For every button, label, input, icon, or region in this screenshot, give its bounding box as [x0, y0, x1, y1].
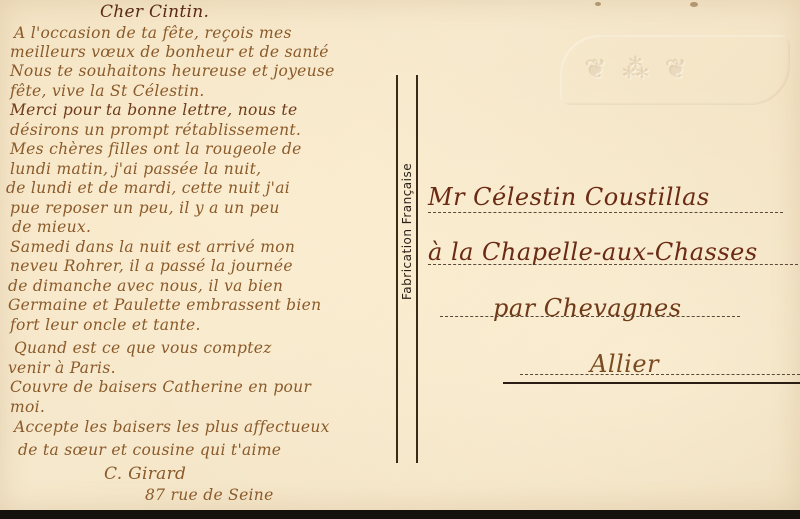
embossed-publisher-mark: ❦ ⁂ ❦ [585, 55, 691, 85]
stain [690, 2, 698, 7]
address-rule-bottom [503, 382, 800, 384]
letter-line: Merci pour ta bonne lettre, nous te [10, 103, 297, 119]
letter-line: Accepte les baisers les plus affectueux [14, 420, 330, 436]
address-line-recipient: Mr Célestin Coustillas [428, 185, 710, 209]
letter-salutation: Cher Cintin. [100, 4, 209, 21]
letter-line: fête, vive la St Célestin. [10, 84, 205, 100]
letter-line: lundi matin, j'ai passée la nuit, [10, 162, 261, 178]
letter-line: fort leur oncle et tante. [10, 318, 201, 334]
letter-line: meilleurs vœux de bonheur et de santé [10, 45, 329, 61]
address-rule [440, 316, 740, 317]
letter-line: moi. [10, 400, 45, 416]
letter-line: pue reposer un peu, il y a un peu [10, 201, 280, 217]
letter-line: neveu Rohrer, il a passé la journée [10, 259, 293, 275]
letter-line: Germaine et Paulette embrassent bien [8, 298, 321, 314]
letter-line: Samedi dans la nuit est arrivé mon [10, 240, 295, 256]
letter-line: Couvre de baisers Catherine en pour [10, 380, 311, 396]
letter-line: désirons un prompt rétablissement. [10, 123, 301, 139]
address-rule [428, 212, 783, 213]
stain [595, 2, 601, 6]
divider-line-right [416, 75, 418, 463]
letter-line: de ta sœur et cousine qui t'aime [18, 443, 281, 459]
letter-line: Nous te souhaitons heureuse et joyeuse [10, 64, 335, 80]
letter-line: A l'occasion de ta fête, reçois mes [14, 26, 292, 42]
sender-address: 87 rue de Seine [145, 488, 274, 504]
address-line-department: Allier [590, 352, 659, 376]
letter-line: de dimanche avec nous, il va bien [8, 279, 283, 295]
letter-line: de mieux. [12, 220, 91, 236]
letter-line: Quand est ce que vous comptez [14, 341, 272, 357]
address-rule [520, 374, 800, 375]
address-line-town: à la Chapelle-aux-Chasses [428, 240, 758, 264]
address-rule [428, 264, 798, 265]
letter-line: Mes chères filles ont la rougeole de [10, 142, 302, 158]
postcard-back: ❦ ⁂ ❦ Cher Cintin. A l'occasion de ta fê… [0, 0, 800, 510]
divider-printed-label: Fabrication Française [398, 100, 416, 300]
letter-signature: C. Girard [104, 466, 186, 483]
scan-border [0, 510, 800, 519]
letter-line: venir à Paris. [8, 361, 116, 377]
letter-line: de lundi et de mardi, cette nuit j'ai [6, 181, 290, 197]
